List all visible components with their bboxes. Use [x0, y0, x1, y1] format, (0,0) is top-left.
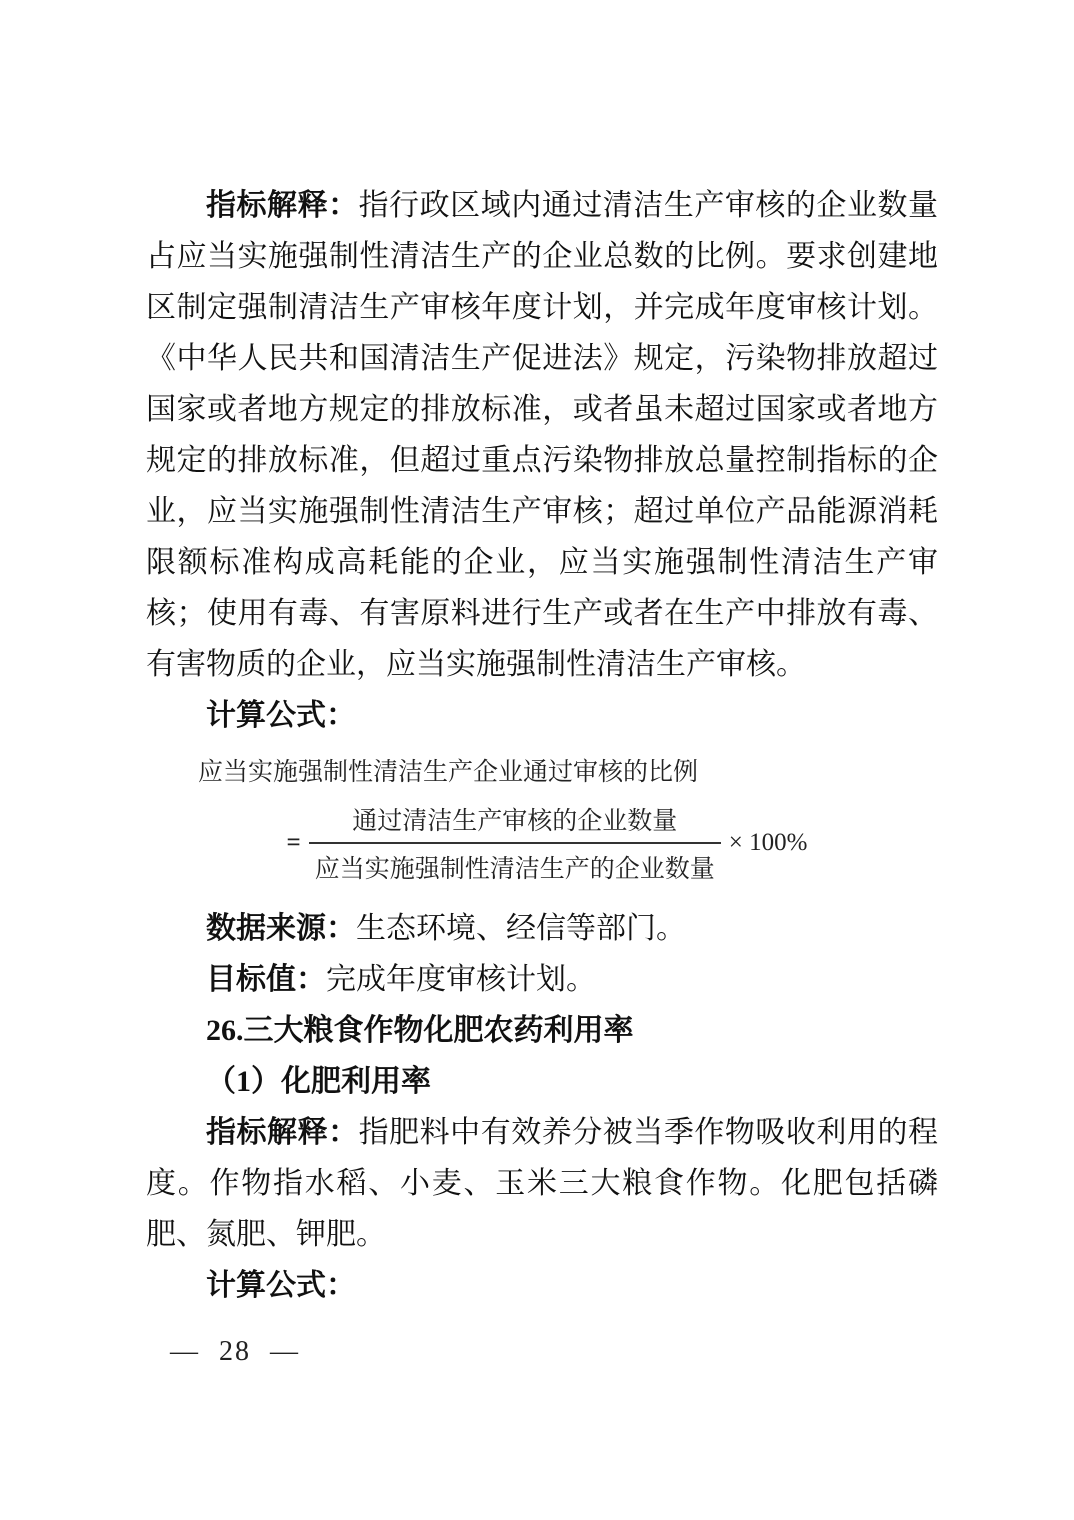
data-source-line: 数据来源：生态环境、经信等部门。	[146, 903, 938, 954]
formula-heading-2: 计算公式：	[146, 1260, 938, 1311]
equals-sign: =	[287, 829, 301, 857]
page-number: — 28 —	[170, 1336, 300, 1368]
fraction-numerator: 通过清洁生产审核的企业数量	[309, 801, 721, 842]
data-source-label: 数据来源：	[206, 912, 356, 945]
paragraph-indicator-explanation-2: 指标解释：指肥料中有效养分被当季作物吸收利用的程度。作物指水稻、小麦、玉米三大粮…	[146, 1107, 938, 1260]
target-value-label: 目标值：	[206, 963, 326, 996]
indicator-explanation-label: 指标解释：	[206, 189, 359, 222]
paragraph-indicator-explanation-1: 指标解释：指行政区域内通过清洁生产审核的企业数量占应当实施强制性清洁生产的企业总…	[146, 180, 938, 690]
formula-equation: = 通过清洁生产审核的企业数量 应当实施强制性清洁生产的企业数量 × 100%	[156, 801, 938, 885]
formula-intro-line: 应当实施强制性清洁生产企业通过审核的比例	[198, 755, 938, 791]
section-26-heading: 26.三大粮食作物化肥农药利用率	[146, 1005, 938, 1056]
multiply-100-percent: × 100%	[729, 829, 808, 857]
target-value-text: 完成年度审核计划。	[326, 963, 596, 996]
data-source-text: 生态环境、经信等部门。	[356, 912, 686, 945]
document-page: 指标解释：指行政区域内通过清洁生产审核的企业数量占应当实施强制性清洁生产的企业总…	[0, 0, 1074, 1520]
page-content: 指标解释：指行政区域内通过清洁生产审核的企业数量占应当实施强制性清洁生产的企业总…	[146, 180, 938, 1311]
target-value-line: 目标值：完成年度审核计划。	[146, 954, 938, 1005]
fraction: 通过清洁生产审核的企业数量 应当实施强制性清洁生产的企业数量	[309, 801, 721, 885]
fraction-denominator: 应当实施强制性清洁生产的企业数量	[309, 842, 721, 885]
formula-heading-1: 计算公式：	[146, 690, 938, 741]
indicator-explanation-label-2: 指标解释：	[206, 1116, 359, 1149]
formula-block: 应当实施强制性清洁生产企业通过审核的比例 = 通过清洁生产审核的企业数量 应当实…	[146, 755, 938, 903]
sub-heading-fertilizer-utilization: （1）化肥利用率	[146, 1056, 938, 1107]
indicator-explanation-text: 指行政区域内通过清洁生产审核的企业数量占应当实施强制性清洁生产的企业总数的比例。…	[146, 189, 938, 681]
